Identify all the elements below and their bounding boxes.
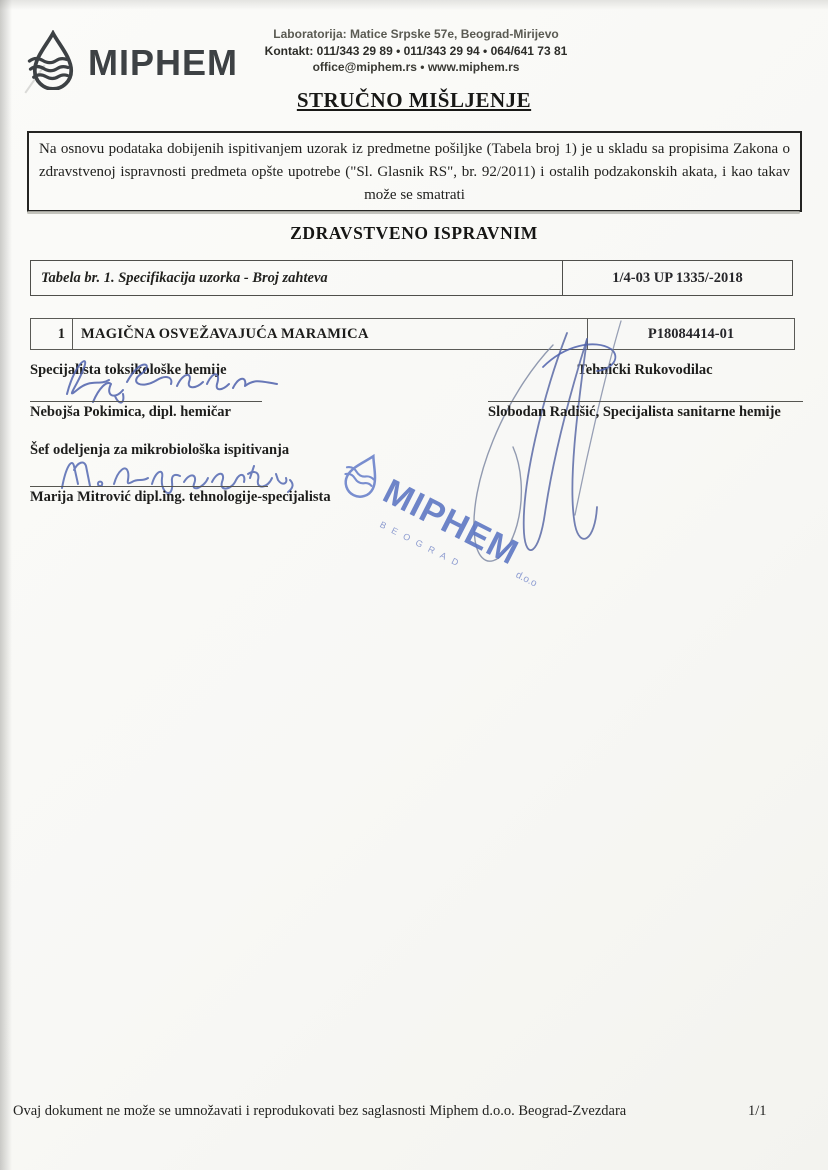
- request-table: Tabela br. 1. Specifikacija uzorka - Bro…: [30, 260, 793, 296]
- radisic-name: Slobodan Radišić, Specijalista sanitarne…: [488, 404, 803, 421]
- lab-email-web: office@miphem.rs • www.miphem.rs: [248, 59, 584, 76]
- header-contact-block: Laboratorija: Matice Srpske 57e, Beograd…: [248, 26, 584, 76]
- page-number: 1/1: [748, 1103, 767, 1120]
- stamp-company-suffix: d.o.o: [514, 570, 539, 590]
- pokimica-signature: [45, 344, 280, 406]
- lab-address: Laboratorija: Matice Srpske 57e, Beograd…: [248, 26, 584, 43]
- statement-box: Na osnovu podataka dobijenih ispitivanje…: [27, 131, 802, 212]
- signature-line-2: [30, 486, 268, 487]
- document-title: STRUČNO MIŠLJENJE: [0, 88, 828, 113]
- verdict-text: ZDRAVSTVENO ISPRAVNIM: [0, 223, 828, 244]
- request-number: 1/4-03 UP 1335/-2018: [563, 261, 792, 295]
- signature-line-1: [30, 401, 262, 402]
- lab-phones: Kontakt: 011/343 29 89 • 011/343 29 94 •…: [248, 43, 584, 60]
- logo-wordmark: MIPHEM: [88, 42, 238, 84]
- statement-box-shadow-line: [27, 211, 800, 214]
- request-table-label: Tabela br. 1. Specifikacija uzorka - Bro…: [31, 261, 563, 295]
- pokimica-name: Nebojša Pokimica, dipl. hemičar: [30, 404, 231, 421]
- copyright-note: Ovaj dokument ne može se umnožavati i re…: [13, 1103, 626, 1120]
- statement-text: Na osnovu podataka dobijenih ispitivanje…: [39, 141, 790, 203]
- scanned-document-page: MIPHEM Laboratorija: Matice Srpske 57e, …: [0, 0, 828, 1170]
- signature-line-3: [488, 401, 803, 402]
- company-logo: MIPHEM: [26, 30, 238, 95]
- mitrovic-name: Marija Mitrović dipl.ing. tehnologije-sp…: [30, 489, 331, 506]
- water-drop-icon: [26, 30, 80, 95]
